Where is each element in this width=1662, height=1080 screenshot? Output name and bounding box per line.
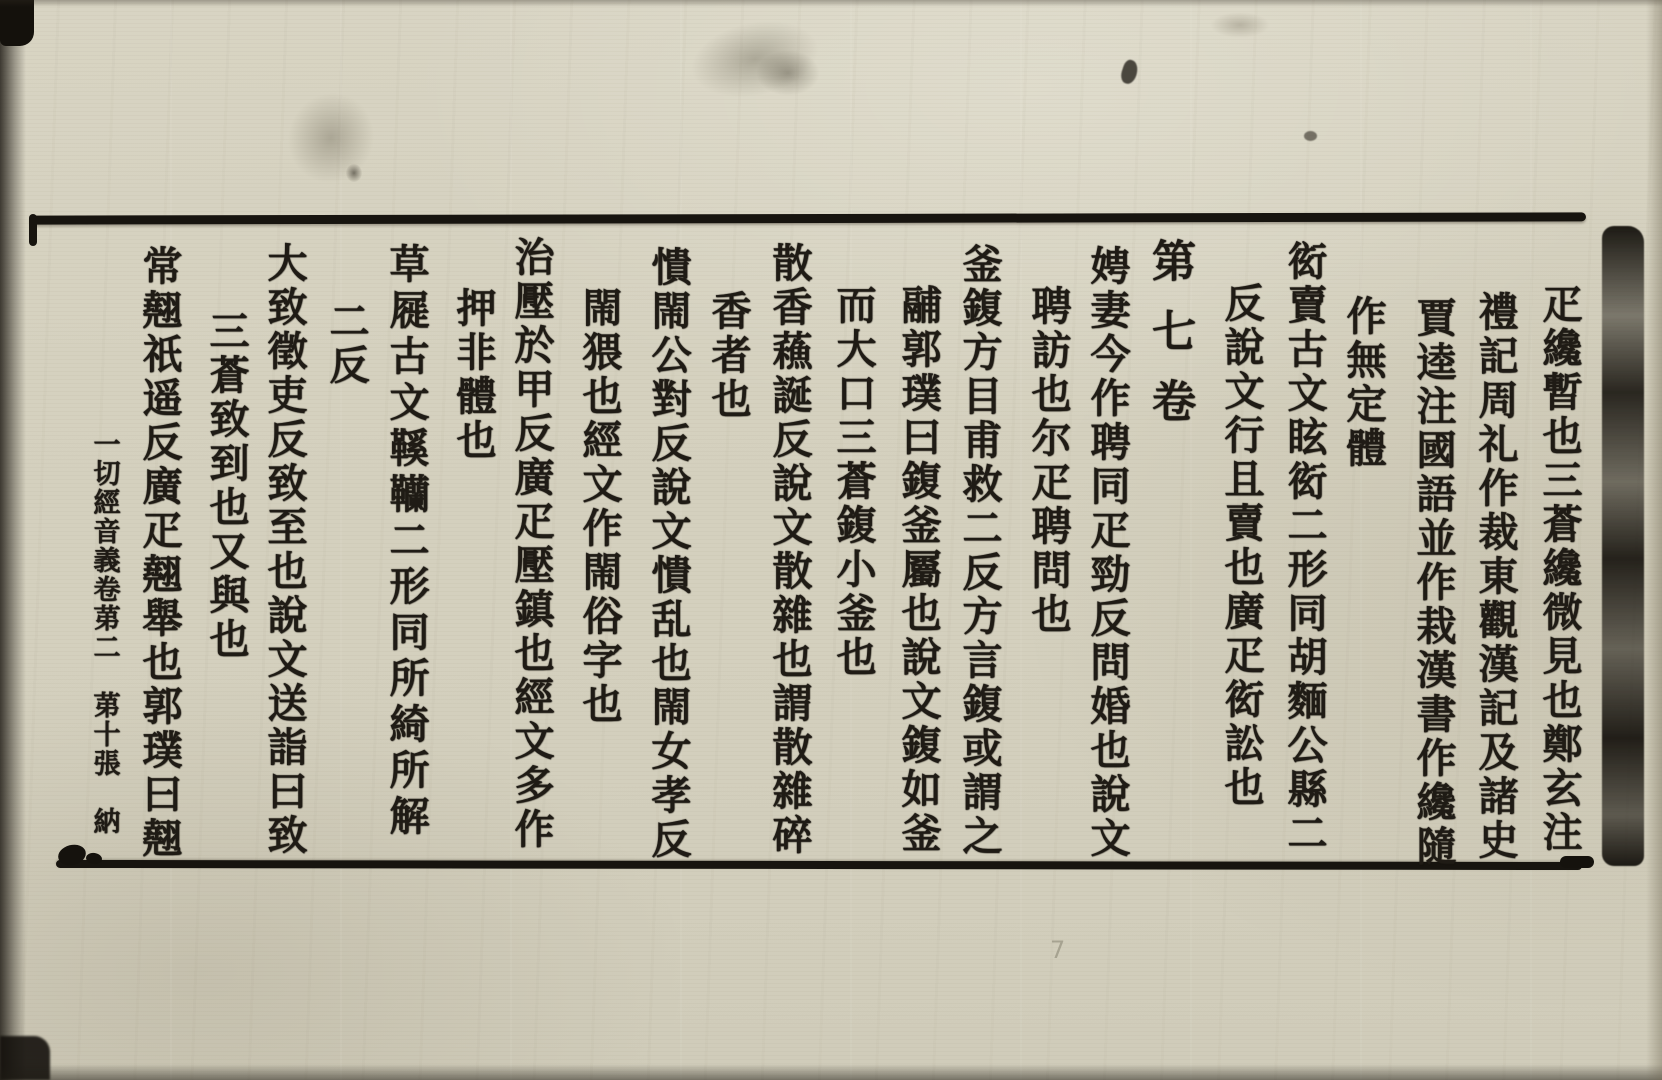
scan-edge-right: [1646, 0, 1662, 1080]
column-08-entry: 娉妻今作聘同疋勁反問婚也說文: [1079, 245, 1136, 861]
column-24-colophon: 一切經音義卷苐二 苐十張 納: [85, 430, 124, 836]
paper-stain: [275, 80, 387, 196]
column-11-gloss: 鬴郭璞曰鍑釜屬也說文鍑如釜: [890, 284, 947, 856]
scanned-page: 疋纔暫也三蒼纔微見也鄭玄注禮記周礼作裁東觀漢記及諸史賈逵注國語並作栽漢書作纔隨作…: [0, 0, 1662, 1080]
column-01-gloss: 疋纔暫也三蒼纔微見也鄭玄注: [1531, 283, 1588, 855]
column-21-entry: 大致徵吏反致至也說文送詣曰致: [256, 242, 313, 858]
column-06-gloss: 反說文行且賣也廣疋衒訟也: [1213, 282, 1270, 810]
column-07-header: 第七卷: [1137, 238, 1201, 448]
column-05-entry: 衒賣古文眩衒二形同胡麵公縣二: [1276, 240, 1333, 856]
column-22-gloss: 三蒼致到也又與也: [198, 310, 255, 662]
frame-right-border-band: [1602, 226, 1644, 866]
paper-stain: [756, 50, 820, 96]
column-03-gloss: 賈逵注國語並作栽漢書作纔隨: [1405, 297, 1462, 869]
frame-top-rule: [30, 212, 1586, 224]
column-19-entry: 草屣古文鞵韊二形同所綺所解: [378, 243, 435, 841]
column-15-entry: 憒閙公對反說文憒乱也閙女孝反: [640, 246, 697, 862]
column-18-gloss: 押非體也: [445, 287, 502, 463]
ink-spot: [1304, 131, 1317, 141]
pencil-page-number: 7: [1050, 936, 1065, 964]
column-10-entry: 釜鍑方目甫救二反方言鍑或謂之: [951, 243, 1008, 859]
ink-spot: [1119, 58, 1141, 85]
column-13-entry: 散香蘓誕反說文散雜也謂散雜碎: [761, 242, 818, 858]
column-12-gloss: 而大口三蒼鍑小釜也: [825, 284, 882, 680]
scan-edge-left: [0, 0, 26, 1080]
frame-top-left-stub: [29, 214, 37, 246]
column-16-gloss: 閙猥也經文作閙俗字也: [571, 287, 628, 727]
column-14-gloss: 香者也: [700, 290, 757, 422]
column-09-gloss: 聘訪也尔疋聘問也: [1020, 285, 1077, 637]
column-04-gloss: 作無定體: [1335, 295, 1392, 471]
column-23-entry: 常翹祇遥反廣疋翹舉也郭璞曰翹: [131, 245, 188, 861]
frame-ink-blob: [1560, 856, 1594, 868]
column-02-gloss: 禮記周礼作裁東觀漢記及諸史: [1467, 291, 1524, 863]
paper-stain: [684, 9, 827, 108]
column-20-gloss: 二反: [318, 300, 375, 388]
column-17-entry: 治壓於甲反廣疋壓鎮也經文多作: [503, 236, 560, 852]
paper-stain: [1210, 12, 1270, 38]
scan-edge-bottom: [0, 1064, 1662, 1080]
scan-edge-top: [0, 0, 1662, 7]
ink-spot: [346, 164, 362, 182]
frame-bottom-rule: [56, 860, 1582, 870]
